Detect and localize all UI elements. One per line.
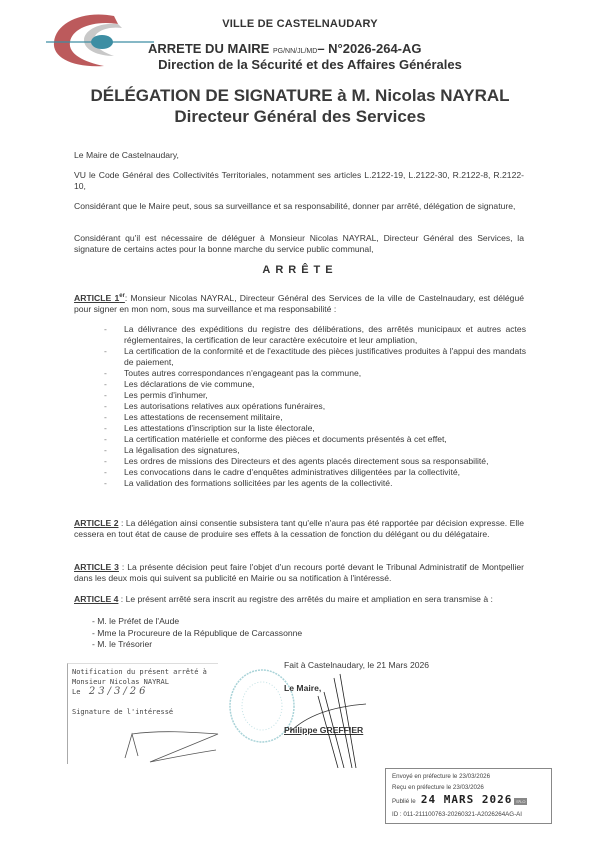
stamp-tag: S²LO bbox=[514, 798, 527, 805]
article-2-label: ARTICLE 2 bbox=[74, 518, 119, 528]
article-3: ARTICLE 3 : La présente décision peut fa… bbox=[74, 562, 524, 584]
preamble-considerant-2: Considérant qu'il est nécessaire de délé… bbox=[74, 233, 524, 255]
article-1-label: ARTICLE 1er bbox=[74, 293, 125, 303]
recipients-list: - M. le Préfet de l'Aude - Mme la Procur… bbox=[92, 616, 392, 651]
recipient: - M. le Trésorier bbox=[92, 639, 392, 651]
notification-text: Notification du présent arrêté à Monsieu… bbox=[72, 667, 207, 717]
notification-date-label: Le bbox=[72, 688, 80, 696]
city-name: VILLE DE CASTELNAUDARY bbox=[150, 18, 450, 30]
stamp-posted-date: 24 MARS 2026 bbox=[421, 793, 512, 806]
prefecture-stamp: Envoyé en préfecture le 23/03/2026 Reçu … bbox=[385, 768, 552, 824]
direction-name: Direction de la Sécurité et des Affaires… bbox=[130, 57, 490, 72]
notification-signature-label: Signature de l'intéressé bbox=[72, 707, 207, 717]
stamp-posted-label: Publié le bbox=[392, 798, 416, 805]
notification-line-1: Notification du présent arrêté à bbox=[72, 667, 207, 677]
list-item: La légalisation des signatures, bbox=[90, 445, 526, 456]
stamp-received: Reçu en préfecture le 23/03/2026 bbox=[392, 784, 484, 791]
article-4-label: ARTICLE 4 bbox=[74, 594, 118, 604]
article-2-text: : La délégation ainsi consentie subsiste… bbox=[74, 518, 524, 539]
list-item: Les ordres de missions des Directeurs et… bbox=[90, 456, 526, 467]
arrete-label: ARRETE DU MAIRE bbox=[148, 41, 269, 56]
article-3-label: ARTICLE 3 bbox=[74, 562, 119, 572]
document-title: DÉLÉGATION DE SIGNATURE à M. Nicolas NAY… bbox=[60, 86, 540, 106]
list-item: Les attestations d'inscription sur la li… bbox=[90, 423, 526, 434]
reference-code: PG/NN/JL/MD bbox=[273, 48, 317, 55]
list-item: Les autorisations relatives aux opératio… bbox=[90, 401, 526, 412]
article-4: ARTICLE 4 : Le présent arrêté sera inscr… bbox=[74, 594, 524, 605]
arrete-heading: ARRÊTE bbox=[200, 264, 400, 276]
recipient-signature-icon bbox=[120, 728, 220, 764]
arrete-number: – N°2026-264-AG bbox=[317, 41, 421, 56]
list-item: Les attestations de recensement militair… bbox=[90, 412, 526, 423]
notification-date: 23/3/26 bbox=[89, 686, 149, 697]
article-1: ARTICLE 1er: Monsieur Nicolas NAYRAL, Di… bbox=[74, 291, 524, 315]
list-item: Les convocations dans le cadre d'enquête… bbox=[90, 467, 526, 478]
preamble-opening: Le Maire de Castelnaudary, bbox=[74, 150, 524, 161]
article-1-text: : Monsieur Nicolas NAYRAL, Directeur Gén… bbox=[74, 293, 524, 314]
stamp-id: ID : 011-211100763-20260321-A2026264AG-A… bbox=[392, 811, 522, 818]
list-item: Toutes autres correspondances n'engagean… bbox=[90, 368, 526, 379]
mayor-signature-icon bbox=[290, 668, 380, 768]
recipient: - M. le Préfet de l'Aude bbox=[92, 616, 392, 628]
article-2: ARTICLE 2 : La délégation ainsi consenti… bbox=[74, 518, 524, 540]
article-3-text: : La présente décision peut faire l'obje… bbox=[74, 562, 524, 583]
recipient: - Mme la Procureure de la République de … bbox=[92, 628, 392, 640]
preamble-considerant-1: Considérant que le Maire peut, sous sa s… bbox=[74, 201, 524, 212]
arrete-header: ARRETE DU MAIRE PG/NN/JL/MD– N°2026-264-… bbox=[148, 41, 528, 56]
list-item: Les permis d'inhumer, bbox=[90, 390, 526, 401]
stamp-sent: Envoyé en préfecture le 23/03/2026 bbox=[392, 773, 490, 780]
list-item: La validation des formations sollicitées… bbox=[90, 478, 526, 489]
preamble-vu: VU le Code Général des Collectivités Ter… bbox=[74, 170, 524, 192]
list-item: La certification de la conformité et de … bbox=[90, 346, 526, 368]
list-item: La certification matérielle et conforme … bbox=[90, 434, 526, 445]
city-seal-icon bbox=[224, 664, 296, 748]
list-item: Les déclarations de vie commune, bbox=[90, 379, 526, 390]
list-item: La délivrance des expéditions du registr… bbox=[90, 324, 526, 346]
article-4-text: : Le présent arrêté sera inscrit au regi… bbox=[118, 594, 492, 604]
article-1-list: La délivrance des expéditions du registr… bbox=[90, 324, 526, 489]
document-subtitle: Directeur Général des Services bbox=[60, 107, 540, 127]
